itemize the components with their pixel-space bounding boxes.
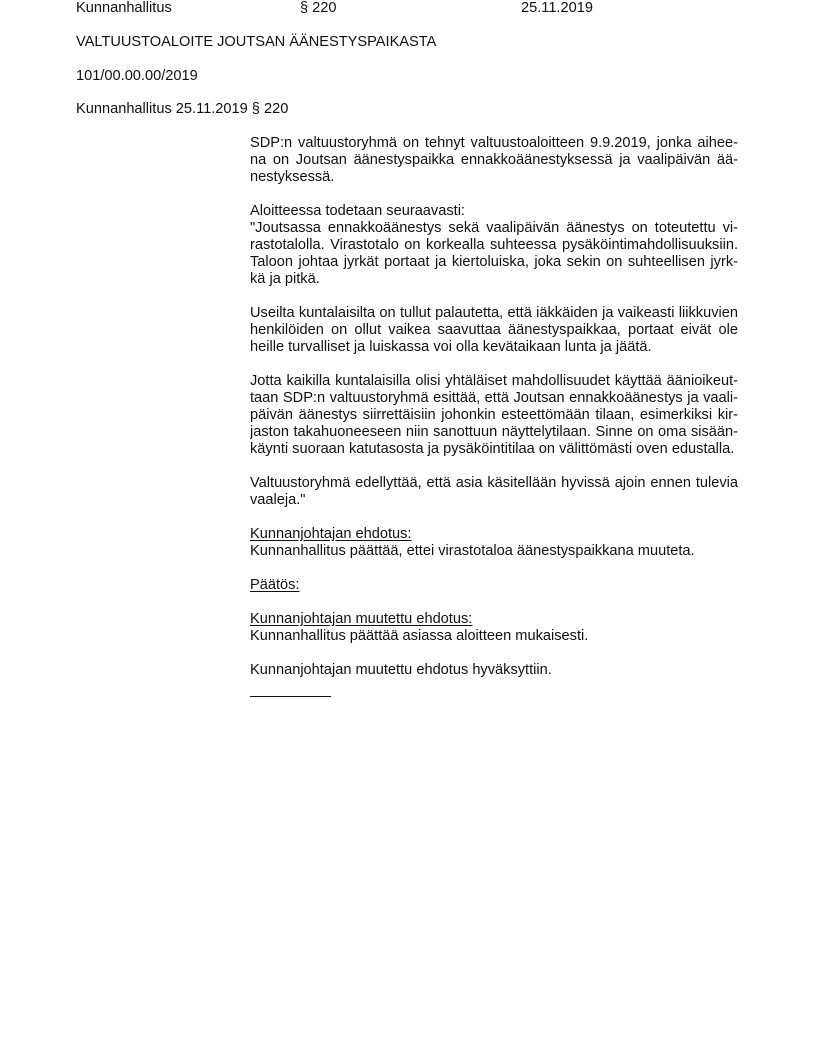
paragraph-line: Useilta kuntalaisilta on tullut palautet… — [250, 305, 738, 322]
outcome-text: Kunnanjohtajan muutettu ehdotus hyväksyt… — [250, 662, 738, 679]
paragraph-line: päivän äänestys siirrettäisiin johonkin … — [250, 407, 738, 424]
paragraph-line: käynti suoraan katutasosta ja pysäköinti… — [250, 441, 738, 458]
amended-proposal-block: Kunnanjohtajan muutettu ehdotus: Kunnanh… — [250, 611, 738, 645]
paragraph-line: Valtuustoryhmä edellyttää, että asia käs… — [250, 475, 738, 492]
paragraph-line: kä ja pitkä. — [250, 271, 738, 288]
paragraph-line: "Joutsassa ennakkoäänestys sekä vaalipäi… — [250, 220, 738, 237]
paragraph-line: na on Joutsan äänestyspaikka ennakkoääne… — [250, 152, 738, 169]
paragraph-line: rastotalolla. Virastotalo on korkealla s… — [250, 237, 738, 254]
document-body: SDP:n valtuustoryhmä on tehnyt valtuusto… — [250, 135, 738, 697]
header-section-number: § 220 — [300, 0, 337, 17]
proposal-text: Kunnanhallitus päättää, ettei virastotal… — [250, 543, 738, 560]
body-paragraph: Useilta kuntalaisilta on tullut palautet… — [250, 305, 738, 356]
header-date: 25.11.2019 — [521, 0, 593, 17]
meeting-line: Kunnanhallitus 25.11.2019 § 220 — [76, 101, 288, 118]
body-paragraphs: SDP:n valtuustoryhmä on tehnyt valtuusto… — [250, 135, 738, 509]
closing-rule — [250, 696, 331, 697]
amended-proposal-text: Kunnanhallitus päättää asiassa aloitteen… — [250, 628, 738, 645]
body-paragraph: Jotta kaikilla kuntalaisilla olisi yhtäl… — [250, 373, 738, 458]
reference-number: 101/00.00.00/2019 — [76, 68, 198, 85]
paragraph-line: nestyksessä. — [250, 169, 738, 186]
paragraph-line: Jotta kaikilla kuntalaisilla olisi yhtäl… — [250, 373, 738, 390]
paragraph-line: heille turvalliset ja luiskassa voi olla… — [250, 339, 738, 356]
body-paragraph: SDP:n valtuustoryhmä on tehnyt valtuusto… — [250, 135, 738, 186]
paragraph-line: taan SDP:n valtuustoryhmä esittää, että … — [250, 390, 738, 407]
paragraph-line: Aloitteessa todetaan seuraavasti: — [250, 203, 738, 220]
paragraph-line: SDP:n valtuustoryhmä on tehnyt valtuusto… — [250, 135, 738, 152]
outcome-block: Kunnanjohtajan muutettu ehdotus hyväksyt… — [250, 662, 738, 679]
body-paragraph: Valtuustoryhmä edellyttää, että asia käs… — [250, 475, 738, 509]
header-body-name: Kunnanhallitus — [76, 0, 172, 17]
amended-proposal-heading: Kunnanjohtajan muutettu ehdotus: — [250, 611, 472, 627]
paragraph-line: jaston takahuoneeseen niin sanottuun näy… — [250, 424, 738, 441]
decision-heading: Päätös: — [250, 577, 300, 593]
proposal-block: Kunnanjohtajan ehdotus: Kunnanhallitus p… — [250, 526, 738, 560]
paragraph-line: vaaleja." — [250, 492, 738, 509]
paragraph-line: Taloon johtaa jyrkät portaat ja kiertolu… — [250, 254, 738, 271]
paragraph-line: henkilöiden on ollut vaikea saavuttaa ää… — [250, 322, 738, 339]
decision-block: Päätös: — [250, 577, 738, 594]
body-paragraph: Aloitteessa todetaan seuraavasti:"Joutsa… — [250, 203, 738, 288]
proposal-heading: Kunnanjohtajan ehdotus: — [250, 526, 411, 542]
document-title: VALTUUSTOALOITE JOUTSAN ÄÄNESTYSPAIKASTA — [76, 34, 436, 51]
